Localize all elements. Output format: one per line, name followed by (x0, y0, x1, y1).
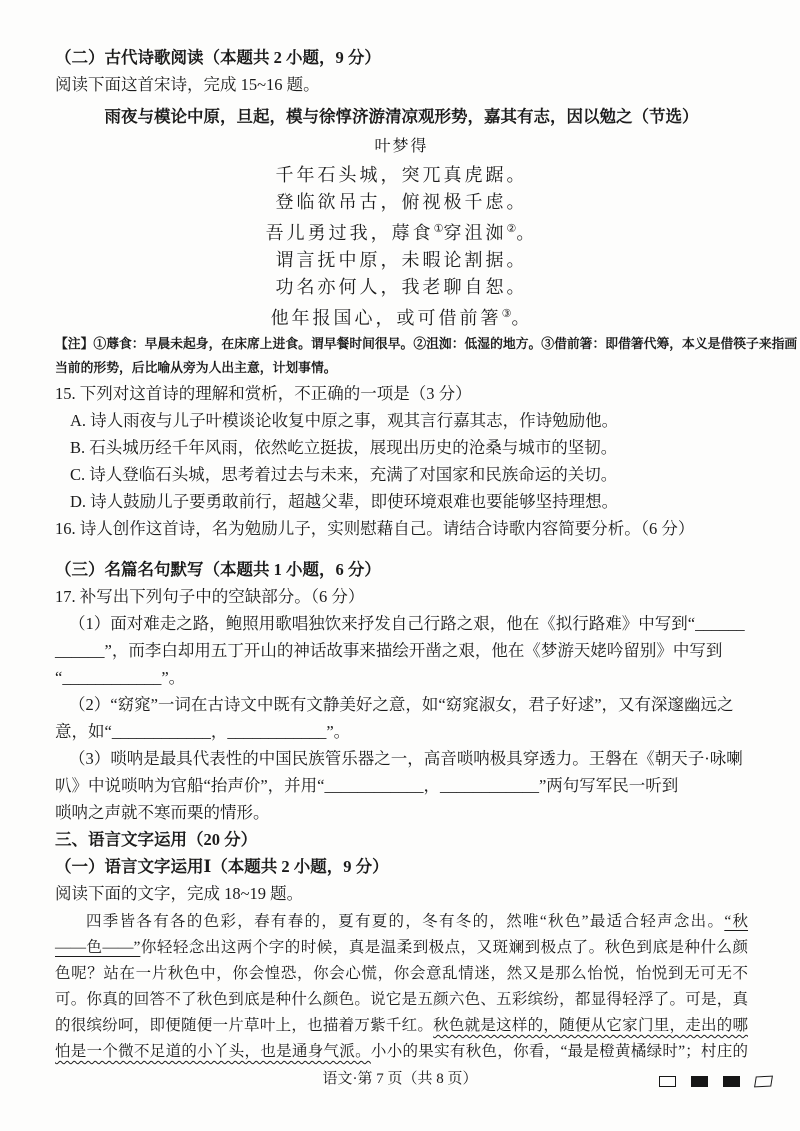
square-outline-mark (659, 1076, 676, 1087)
question-15-options: A. 诗人雨夜与儿子叶模谈论收复中原之事，观其言行嘉其志，作诗勉励他。B. 石头… (55, 407, 748, 515)
footnote-ref: ③ (502, 308, 512, 320)
exam-page: （二）古代诗歌阅读（本题共 2 小题，9 分） 阅读下面这首宋诗，完成 15~1… (0, 0, 800, 1131)
text-segment: 他年报国心，或可借前箸 (271, 308, 502, 328)
text-segment: 可。你真的回答不了秋色到底是种什么颜色。说它是五颜六色、五彩缤纷，都显得轻浮了。… (55, 991, 748, 1008)
question-17-item-line: （1）面对难走之路，鲍照用歌唱独饮来抒发自己行路之艰，他在《拟行路难》中写到“_… (55, 610, 748, 637)
poem-line: 他年报国心，或可借前箸③。 (55, 301, 748, 332)
text-segment: 色呢？站在一片秋色中，你会惶恐，你会心慌，你会意乱情迷，然又是那么怡悦，怡悦到无… (55, 965, 748, 982)
section-heading-language-use: 三、语言文字运用（20 分） (55, 826, 748, 853)
subsection-heading-language-use-1: （一）语言文字运用Ⅰ（本题共 2 小题，9 分） (55, 853, 748, 880)
passage-line: 可。你真的回答不了秋色到底是种什么颜色。说它是五颜六色、五彩缤纷，都显得轻浮了。… (55, 987, 748, 1013)
section-heading-ancient-poetry: （二）古代诗歌阅读（本题共 2 小题，9 分） (55, 44, 748, 71)
page-footer: 语文·第 7 页（共 8 页） (0, 1067, 800, 1091)
square-filled-mark (691, 1076, 708, 1087)
text-segment: 谓言抚中原，未暇论割据。 (276, 250, 528, 270)
text-segment: 四季皆各有各的色彩，春有春的，夏有夏的，冬有冬的，然唯“秋色”最适合轻声念出。 (86, 913, 724, 930)
footnote-ref: ② (507, 223, 517, 235)
poem-footnote-line: 当前的形势，后比喻从旁为人出主意，计划事情。 (55, 356, 748, 380)
poem-line: 登临欲吊古，俯视极千虑。 (55, 189, 748, 216)
text-segment: 登临欲吊古，俯视极千虑。 (276, 192, 528, 212)
question-16-stem: 16. 诗人创作这首诗，名为勉励儿子，实则慰藉自己。请结合诗歌内容简要分析。（6… (55, 515, 748, 542)
passage-line: 四季皆各有各的色彩，春有春的，夏有夏的，冬有冬的，然唯“秋色”最适合轻声念出。“… (55, 909, 748, 935)
poem-footnotes: 【注】①蓐食：早晨未起身，在床席上进食。谓早餐时间很早。②沮洳：低湿的地方。③借… (55, 332, 748, 380)
poem-line: 吾儿勇过我，蓐食①穿沮洳②。 (55, 216, 748, 247)
question-17-item-line: （3）唢呐是最具代表性的中国民族管乐器之一，高音唢呐极具穿透力。王磐在《朝天子·… (55, 745, 748, 772)
poem-author: 叶梦得 (55, 132, 748, 162)
poem-footnote-line: 【注】①蓐食：早晨未起身，在床席上进食。谓早餐时间很早。②沮洳：低湿的地方。③借… (55, 332, 748, 356)
question-17-item-line: 叭》中说唢呐为官船“抬声价”，并用“____________，_________… (55, 772, 748, 799)
square-outline-skewed-mark (754, 1075, 773, 1087)
question-17-item-line: （2）“窈窕”一词在古诗文中既有文静美好之意，如“窈窕淑女，君子好逑”，又有深邃… (55, 691, 748, 718)
text-segment: 千年石头城，突兀真虎踞。 (276, 165, 528, 185)
poem-title: 雨夜与模论中原，旦起，模与徐惇济游清凉观形势，嘉其有志，因以勉之（节选） (55, 102, 748, 132)
text-segment: 吾儿勇过我，蓐食 (266, 223, 434, 243)
text-segment: 功名亦何人，我老聊自恕。 (276, 277, 528, 297)
poetry-instructions: 阅读下面这首宋诗，完成 15~16 题。 (55, 71, 748, 98)
text-segment: 。 (516, 223, 537, 243)
wavy-underlined-text: 秋色就是这样的，随便从它家门里，走出的哪 (433, 1017, 748, 1034)
question-17-items: （1）面对难走之路，鲍照用歌唱独饮来抒发自己行路之艰，他在《拟行路难》中写到“_… (55, 610, 748, 826)
wavy-underlined-text: 怕是一个微不足道的小丫头，也是通身气派。 (55, 1043, 371, 1060)
language-instructions: 阅读下面的文字，完成 18~19 题。 (55, 880, 748, 907)
question-15-option: C. 诗人登临石头城，思考着过去与未来，充满了对国家和民族命运的关切。 (55, 461, 748, 488)
question-15-option: B. 石头城历经千年风雨，依然屹立挺拔，展现出历史的沧桑与城市的坚韧。 (55, 434, 748, 461)
poem-line: 谓言抚中原，未暇论割据。 (55, 247, 748, 274)
passage-line: 的很缤纷呵，即便随便一片草叶上，也描着万紫千红。秋色就是这样的，随便从它家门里，… (55, 1013, 748, 1039)
passage-line: ——色——”你轻轻念出这两个字的时候，真是温柔到极点，又斑斓到极点了。秋色到底是… (55, 935, 748, 961)
text-segment: 。 (511, 308, 532, 328)
poem-body: 千年石头城，突兀真虎踞。登临欲吊古，俯视极千虑。吾儿勇过我，蓐食①穿沮洳②。谓言… (55, 162, 748, 332)
question-15-stem: 15. 下列对这首诗的理解和赏析，不正确的一项是（3 分） (55, 380, 748, 407)
section-heading-dictation: （三）名篇名句默写（本题共 1 小题，6 分） (55, 556, 748, 583)
text-segment: 穿沮洳 (444, 223, 507, 243)
footnote-ref: ① (434, 223, 444, 235)
print-registration-marks (644, 1072, 772, 1090)
underlined-text: “秋 (724, 913, 748, 930)
text-segment: 你轻轻念出这两个字的时候，真是温柔到极点，又斑斓到极点了。秋色到底是种什么颜 (140, 939, 748, 956)
text-segment: 的很缤纷呵，即便随便一片草叶上，也描着万紫千红。 (55, 1017, 433, 1034)
square-filled-mark (723, 1076, 740, 1087)
reading-passage: 四季皆各有各的色彩，春有春的，夏有夏的，冬有冬的，然唯“秋色”最适合轻声念出。“… (55, 909, 748, 1065)
question-17-item-line: “____________”。 (55, 664, 748, 691)
question-17-stem: 17. 补写出下列句子中的空缺部分。（6 分） (55, 583, 748, 610)
text-segment: 小小的果实有秋色，你看，“最是橙黄橘绿时”；村庄的 (371, 1043, 748, 1060)
question-15-option: D. 诗人鼓励儿子要勇敢前行，超越父辈，即使环境艰难也要能够坚持理想。 (55, 488, 748, 515)
passage-line: 色呢？站在一片秋色中，你会惶恐，你会心慌，你会意乱情迷，然又是那么怡悦，怡悦到无… (55, 961, 748, 987)
question-15-option: A. 诗人雨夜与儿子叶模谈论收复中原之事，观其言行嘉其志，作诗勉励他。 (55, 407, 748, 434)
question-17-item-line: 意，如“____________，____________”。 (55, 718, 748, 745)
poem-line: 千年石头城，突兀真虎踞。 (55, 162, 748, 189)
question-17-item-line: 唢呐之声就不寒而栗的情形。 (55, 799, 748, 826)
poem-line: 功名亦何人，我老聊自恕。 (55, 274, 748, 301)
passage-line: 怕是一个微不足道的小丫头，也是通身气派。小小的果实有秋色，你看，“最是橙黄橘绿时… (55, 1039, 748, 1065)
question-17-item-line: ______”，而李白却用五丁开山的神话故事来描绘开凿之艰，他在《梦游天姥吟留别… (55, 637, 748, 664)
underlined-text: ——色——” (55, 939, 140, 956)
